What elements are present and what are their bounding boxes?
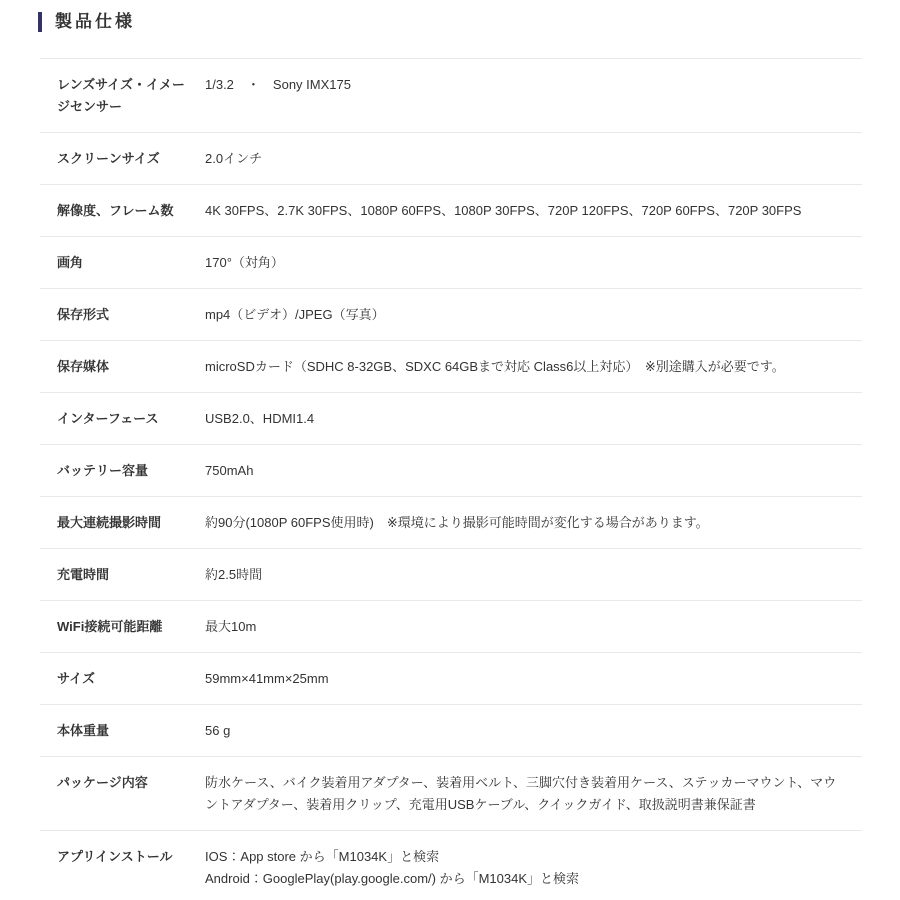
spec-value: 750mAh — [205, 460, 862, 482]
spec-value: mp4（ビデオ）/JPEG（写真） — [205, 304, 862, 326]
spec-value: USB2.0、HDMI1.4 — [205, 408, 862, 430]
spec-label: WiFi接続可能距離 — [57, 616, 205, 638]
spec-label: サイズ — [57, 668, 205, 690]
title-accent-bar — [38, 12, 42, 32]
spec-value: 2.0インチ — [205, 148, 862, 170]
spec-row-wifi-range: WiFi接続可能距離 最大10m — [40, 600, 862, 652]
spec-value: 最大10m — [205, 616, 862, 638]
spec-row-storage-media: 保存媒体 microSDカード（SDHC 8-32GB、SDXC 64GBまで対… — [40, 340, 862, 392]
spec-label: 最大連続撮影時間 — [57, 512, 205, 534]
spec-row-body-weight: 本体重量 56 g — [40, 704, 862, 756]
section-title: 製品仕様 — [55, 11, 135, 33]
spec-label: インターフェース — [57, 408, 205, 430]
spec-row-battery-capacity: バッテリー容量 750mAh — [40, 444, 862, 496]
spec-label: 保存形式 — [57, 304, 205, 326]
spec-table: レンズサイズ・イメージセンサー 1/3.2 ・ Sony IMX175 スクリー… — [40, 58, 862, 900]
spec-label: 解像度、フレーム数 — [57, 200, 205, 222]
spec-label: 画角 — [57, 252, 205, 274]
spec-value: 4K 30FPS、2.7K 30FPS、1080P 60FPS、1080P 30… — [205, 200, 862, 222]
section-header: 製品仕様 — [38, 11, 900, 33]
spec-value: 59mm×41mm×25mm — [205, 668, 862, 690]
spec-label: アプリインストール — [57, 846, 205, 868]
spec-row-lens-sensor: レンズサイズ・イメージセンサー 1/3.2 ・ Sony IMX175 — [40, 58, 862, 132]
spec-label: レンズサイズ・イメージセンサー — [57, 74, 205, 118]
spec-value: 1/3.2 ・ Sony IMX175 — [205, 74, 862, 96]
spec-row-view-angle: 画角 170°（対角） — [40, 236, 862, 288]
spec-row-screen-size: スクリーンサイズ 2.0インチ — [40, 132, 862, 184]
spec-row-package-contents: パッケージ内容 防水ケース、バイク装着用アダプター、装着用ベルト、三脚穴付き装着… — [40, 756, 862, 830]
product-spec-page: 製品仕様 レンズサイズ・イメージセンサー 1/3.2 ・ Sony IMX175… — [0, 0, 900, 900]
spec-value: 56 g — [205, 720, 862, 742]
spec-value: IOS：App store から「M1034K」と検索 Android：Goog… — [205, 846, 862, 890]
spec-label: スクリーンサイズ — [57, 148, 205, 170]
spec-value: microSDカード（SDHC 8-32GB、SDXC 64GBまで対応 Cla… — [205, 356, 862, 378]
spec-row-size: サイズ 59mm×41mm×25mm — [40, 652, 862, 704]
spec-row-resolution-framerate: 解像度、フレーム数 4K 30FPS、2.7K 30FPS、1080P 60FP… — [40, 184, 862, 236]
spec-label: 充電時間 — [57, 564, 205, 586]
spec-value: 約90分(1080P 60FPS使用時) ※環境により撮影可能時間が変化する場合… — [205, 512, 862, 534]
spec-label: パッケージ内容 — [57, 772, 205, 794]
spec-row-app-install: アプリインストール IOS：App store から「M1034K」と検索 An… — [40, 830, 862, 900]
spec-label: 本体重量 — [57, 720, 205, 742]
spec-label: バッテリー容量 — [57, 460, 205, 482]
spec-value: 防水ケース、バイク装着用アダプター、装着用ベルト、三脚穴付き装着用ケース、ステッ… — [205, 772, 862, 816]
spec-value: 約2.5時間 — [205, 564, 862, 586]
spec-row-interface: インターフェース USB2.0、HDMI1.4 — [40, 392, 862, 444]
spec-row-charge-time: 充電時間 約2.5時間 — [40, 548, 862, 600]
spec-label: 保存媒体 — [57, 356, 205, 378]
spec-row-save-format: 保存形式 mp4（ビデオ）/JPEG（写真） — [40, 288, 862, 340]
spec-value: 170°（対角） — [205, 252, 862, 274]
spec-row-max-recording-time: 最大連続撮影時間 約90分(1080P 60FPS使用時) ※環境により撮影可能… — [40, 496, 862, 548]
